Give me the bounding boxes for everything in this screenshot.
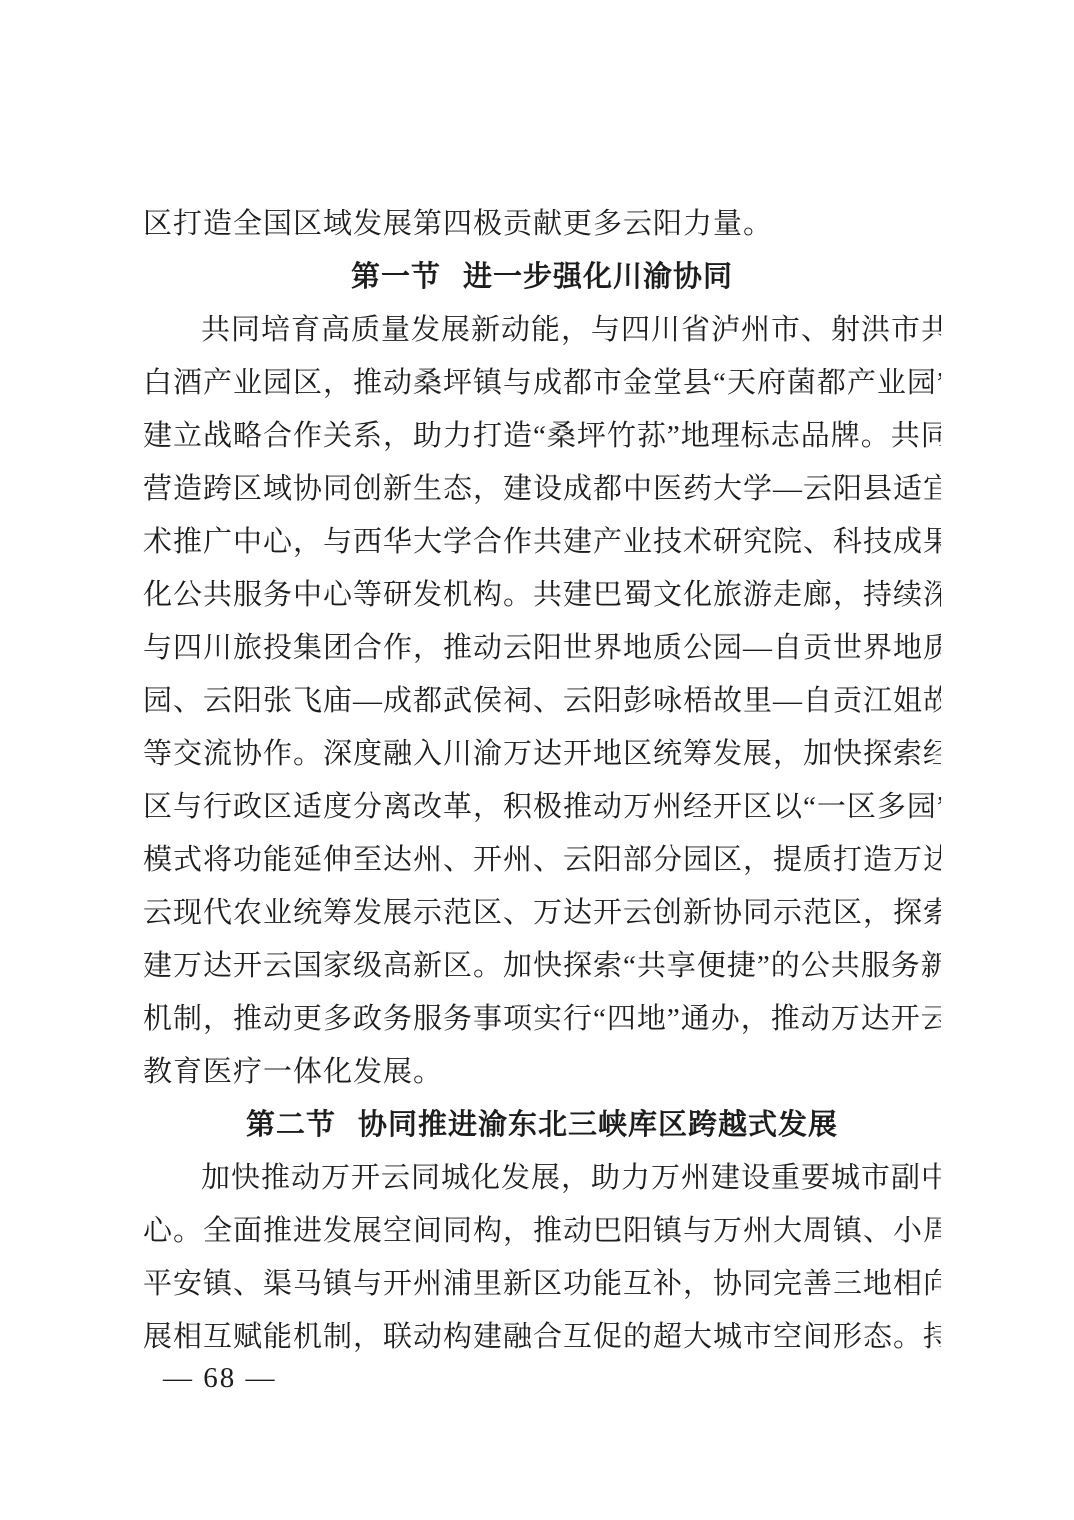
document-page: 区打造全国区域发展第四极贡献更多云阳力量。 第一节 进一步强化川渝协同 共同培育… [0,0,1074,1520]
body-line: 机制，推动更多政务服务事项实行“四地”通办，推动万达开云 [143,993,941,1046]
body-line: 共同培育高质量发展新动能，与四川省泸州市、射洪市共建 [143,304,941,357]
body-line: 平安镇、渠马镇与开州浦里新区功能互补，协同完善三地相向发 [143,1258,941,1311]
body-line: 区与行政区适度分离改革，积极推动万州经开区以“一区多园” [143,781,941,834]
body-line: 加快推动万开云同城化发展，助力万州建设重要城市副中 [143,1152,941,1205]
body-line: 建万达开云国家级高新区。加快探索“共享便捷”的公共服务新 [143,940,941,993]
body-line: 与四川旅投集团合作，推动云阳世界地质公园—自贡世界地质公 [143,622,941,675]
body-line: 云现代农业统筹发展示范区、万达开云创新协同示范区，探索共 [143,887,941,940]
body-line: 模式将功能延伸至达州、开州、云阳部分园区，提质打造万达开 [143,834,941,887]
body-line: 等交流协作。深度融入川渝万达开地区统筹发展，加快探索经济 [143,728,941,781]
body-line: 术推广中心，与西华大学合作共建产业技术研究院、科技成果转 [143,516,941,569]
body-line: 白酒产业园区，推动桑坪镇与成都市金堂县“天府菌都产业园” [143,357,941,410]
body-line: 区打造全国区域发展第四极贡献更多云阳力量。 [143,198,941,251]
section-2-heading: 第二节 协同推进渝东北三峡库区跨越式发展 [143,1099,941,1152]
page-footer: — 68 — [163,1356,277,1400]
page-number: — 68 — [163,1362,277,1394]
body-line: 园、云阳张飞庙—成都武侯祠、云阳彭咏梧故里—自贡江姐故里 [143,675,941,728]
body-line: 化公共服务中心等研发机构。共建巴蜀文化旅游走廊，持续深化 [143,569,941,622]
body-line: 教育医疗一体化发展。 [143,1046,941,1099]
body-line: 营造跨区域协同创新生态，建设成都中医药大学—云阳县适宜技 [143,463,941,516]
page-body: 区打造全国区域发展第四极贡献更多云阳力量。 第一节 进一步强化川渝协同 共同培育… [143,198,941,1364]
body-line: 心。全面推进发展空间同构，推动巴阳镇与万州大周镇、小周镇， [143,1205,941,1258]
body-line: 建立战略合作关系，助力打造“桑坪竹荪”地理标志品牌。共同 [143,410,941,463]
section-1-heading: 第一节 进一步强化川渝协同 [143,251,941,304]
